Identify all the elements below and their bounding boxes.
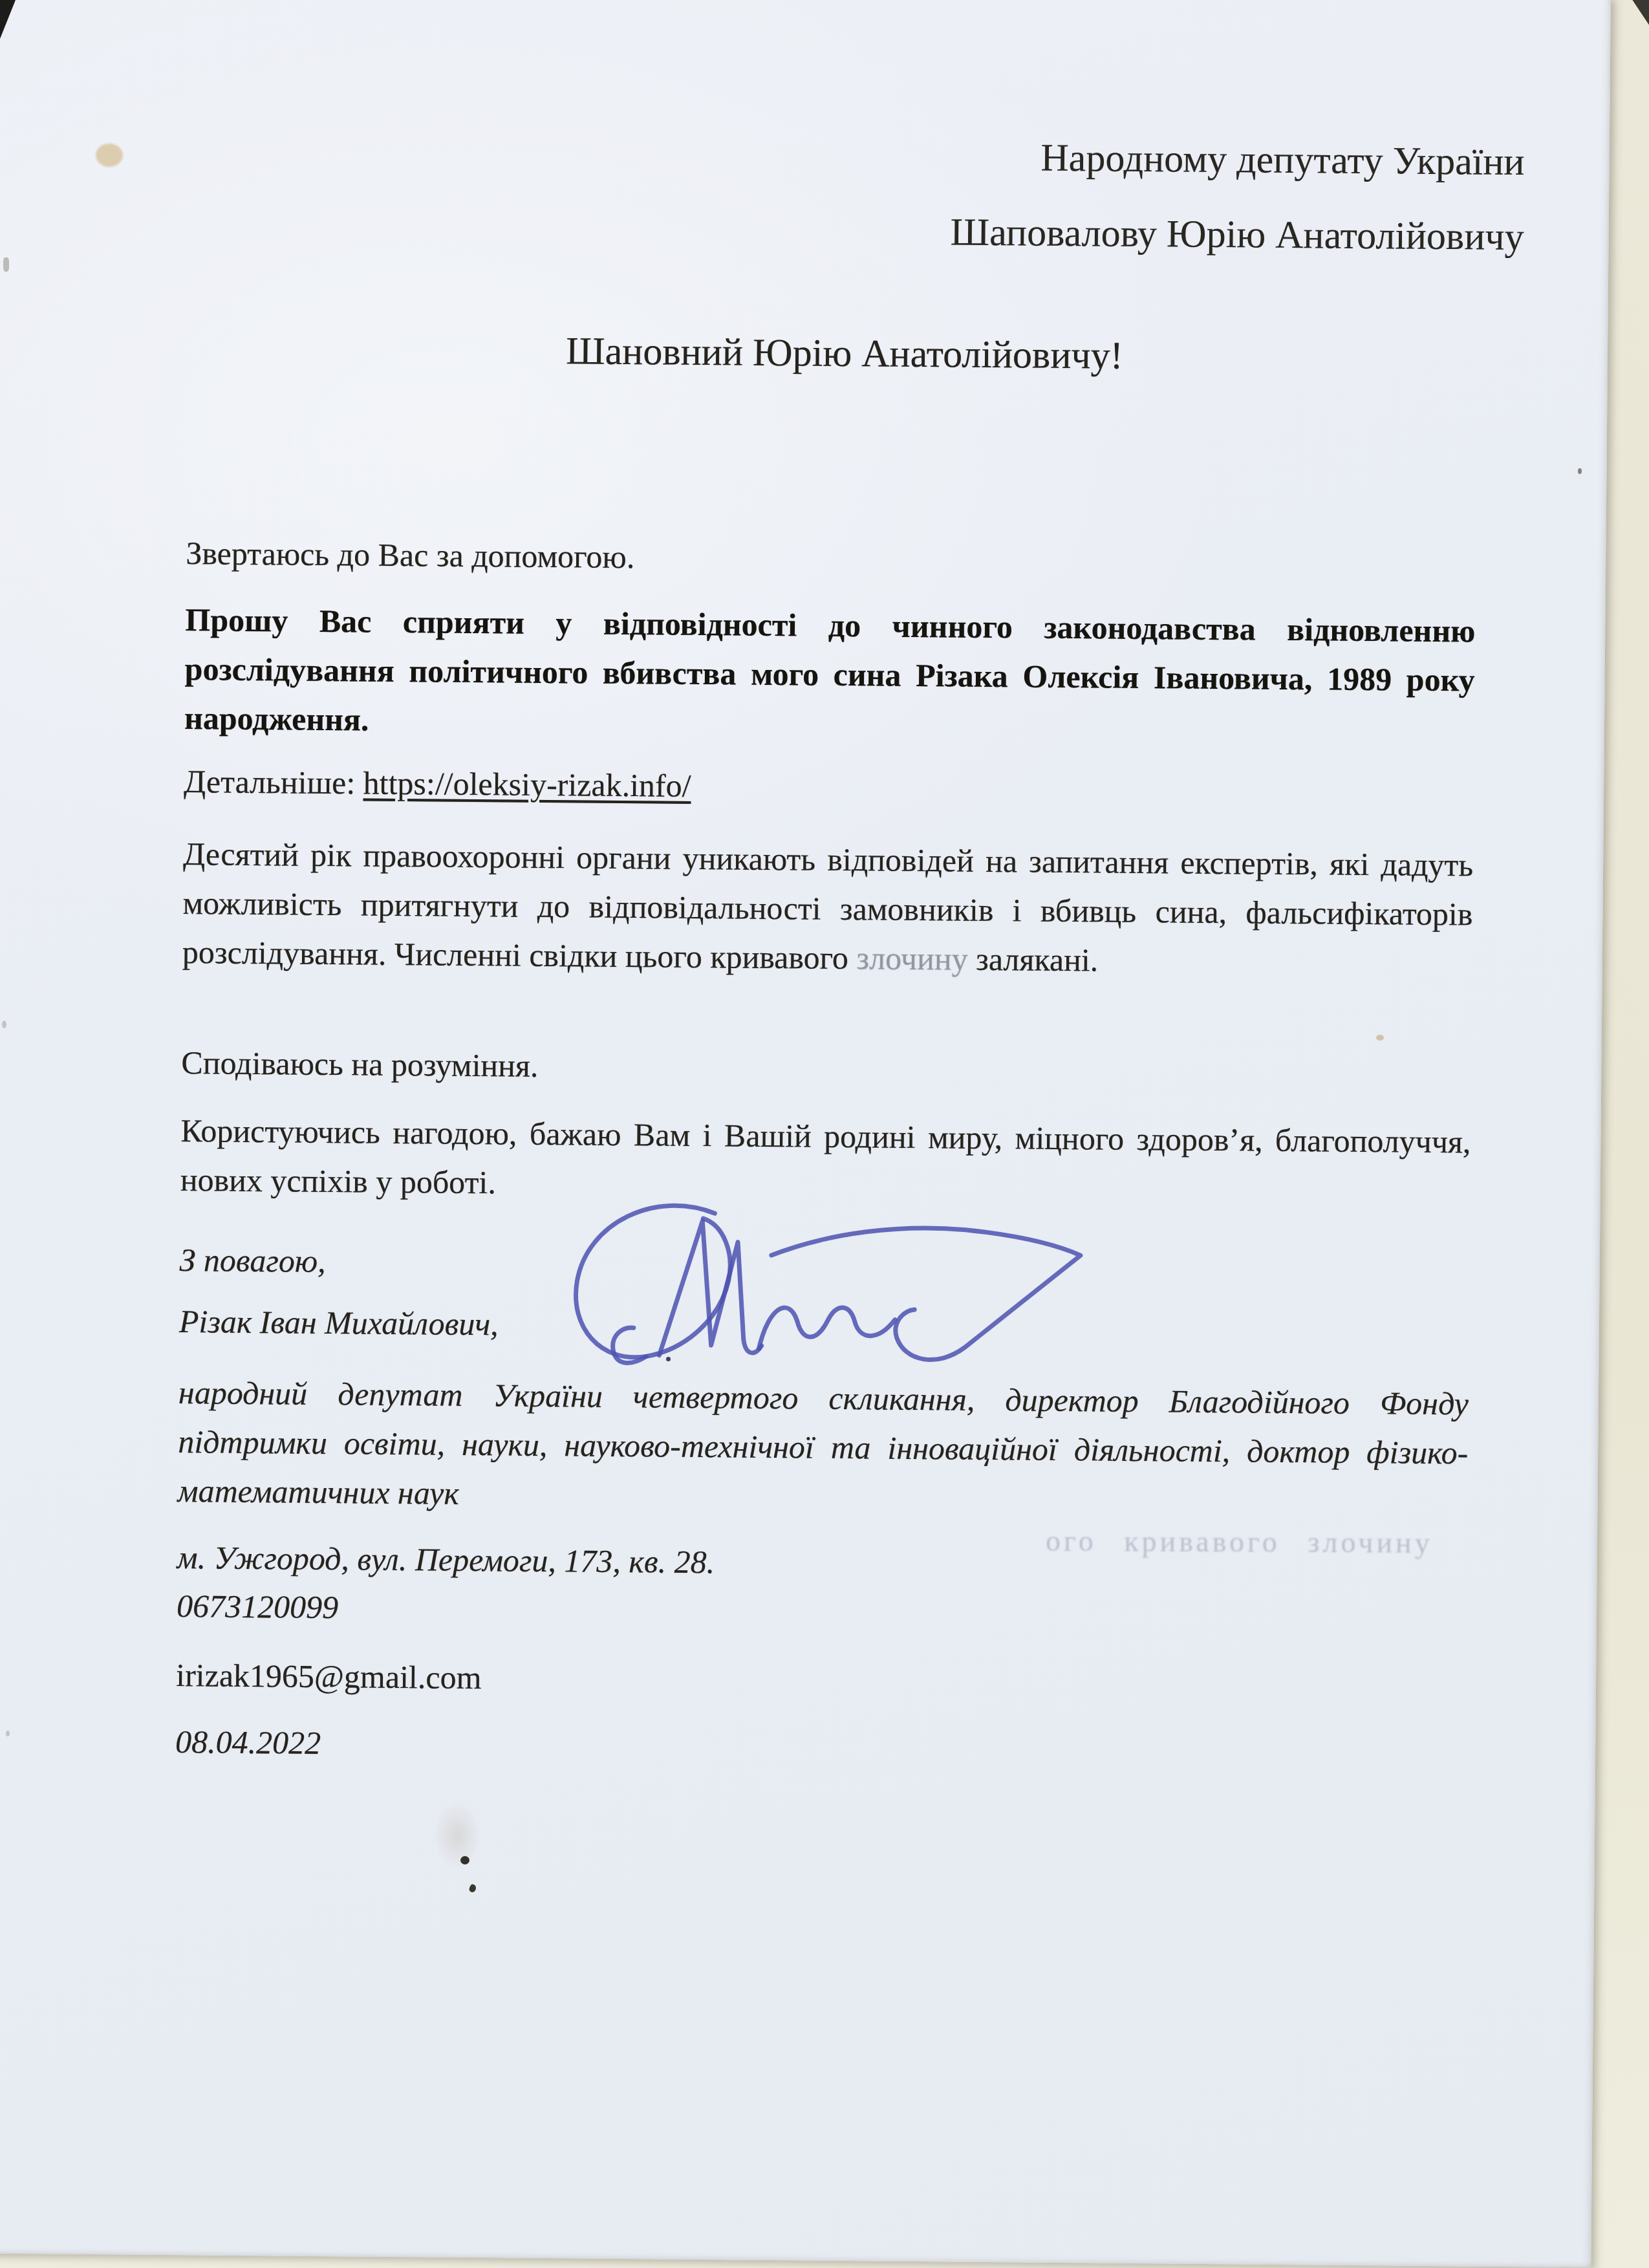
recipient-line-2: Шаповалову Юрію Анатолійовичу: [950, 194, 1524, 274]
paper-speck: [1376, 1035, 1384, 1041]
scanner-corner-shadow-top-right: [1628, 0, 1649, 31]
sender-email: irizak1965@gmail.com: [176, 1650, 482, 1702]
bleed-through-text: ого кривавого злочину: [1046, 1524, 1433, 1560]
paragraph-hope: Сподіваюсь на розуміння.: [181, 1038, 1472, 1098]
paragraph-details: Детальніше: https://oleksiy-rizak.info/: [184, 757, 1474, 817]
paragraph-main: Десятий рік правоохоронні органи уникают…: [182, 829, 1474, 988]
paper-stain: [96, 144, 123, 167]
paragraph-main-part1: Десятий рік правоохоронні органи уникают…: [182, 836, 1474, 976]
ink-speck: [666, 1357, 671, 1361]
details-label: Детальніше:: [184, 763, 355, 801]
paper-speck: [1578, 468, 1582, 474]
letter-page: Народному депутату України Шаповалову Юр…: [0, 0, 1611, 2267]
sender-title: народний депутат України четвертого скли…: [177, 1368, 1469, 1526]
letter-date: 08.04.2022: [175, 1717, 321, 1767]
recipient-block: Народному депутату України Шаповалову Юр…: [950, 119, 1525, 274]
details-url-link: https://oleksiy-rizak.info/: [363, 765, 691, 804]
paragraph-intro: Звертаюсь до Вас за допомогою.: [186, 528, 1476, 589]
salutation: Шановний Юрію Анатолійовичу!: [566, 326, 1123, 380]
handwritten-signature: [550, 1191, 1108, 1390]
edge-speck: [3, 257, 9, 272]
sender-phone: 0673120099: [177, 1581, 339, 1632]
sender-address: м. Ужгород, вул. Перемоги, 173, кв. 28.: [177, 1533, 715, 1586]
scanned-letter: Народному депутату України Шаповалову Юр…: [0, 0, 1649, 2268]
edge-speck: [2, 1021, 6, 1028]
ink-speck: [460, 1856, 469, 1864]
paragraph-main-part2: залякані.: [976, 941, 1099, 978]
edge-speck: [6, 1731, 10, 1736]
paragraph-request: Прошу Вас сприяти у відповідності до чин…: [184, 595, 1476, 753]
paragraph-main-faded-word: злочину: [856, 940, 968, 977]
sender-name: Різак Іван Михайлович,: [179, 1297, 499, 1348]
recipient-line-1: Народному депутату України: [951, 119, 1525, 199]
closing-phrase: З повагою,: [179, 1235, 326, 1286]
paper-smudge: [435, 1803, 480, 1868]
